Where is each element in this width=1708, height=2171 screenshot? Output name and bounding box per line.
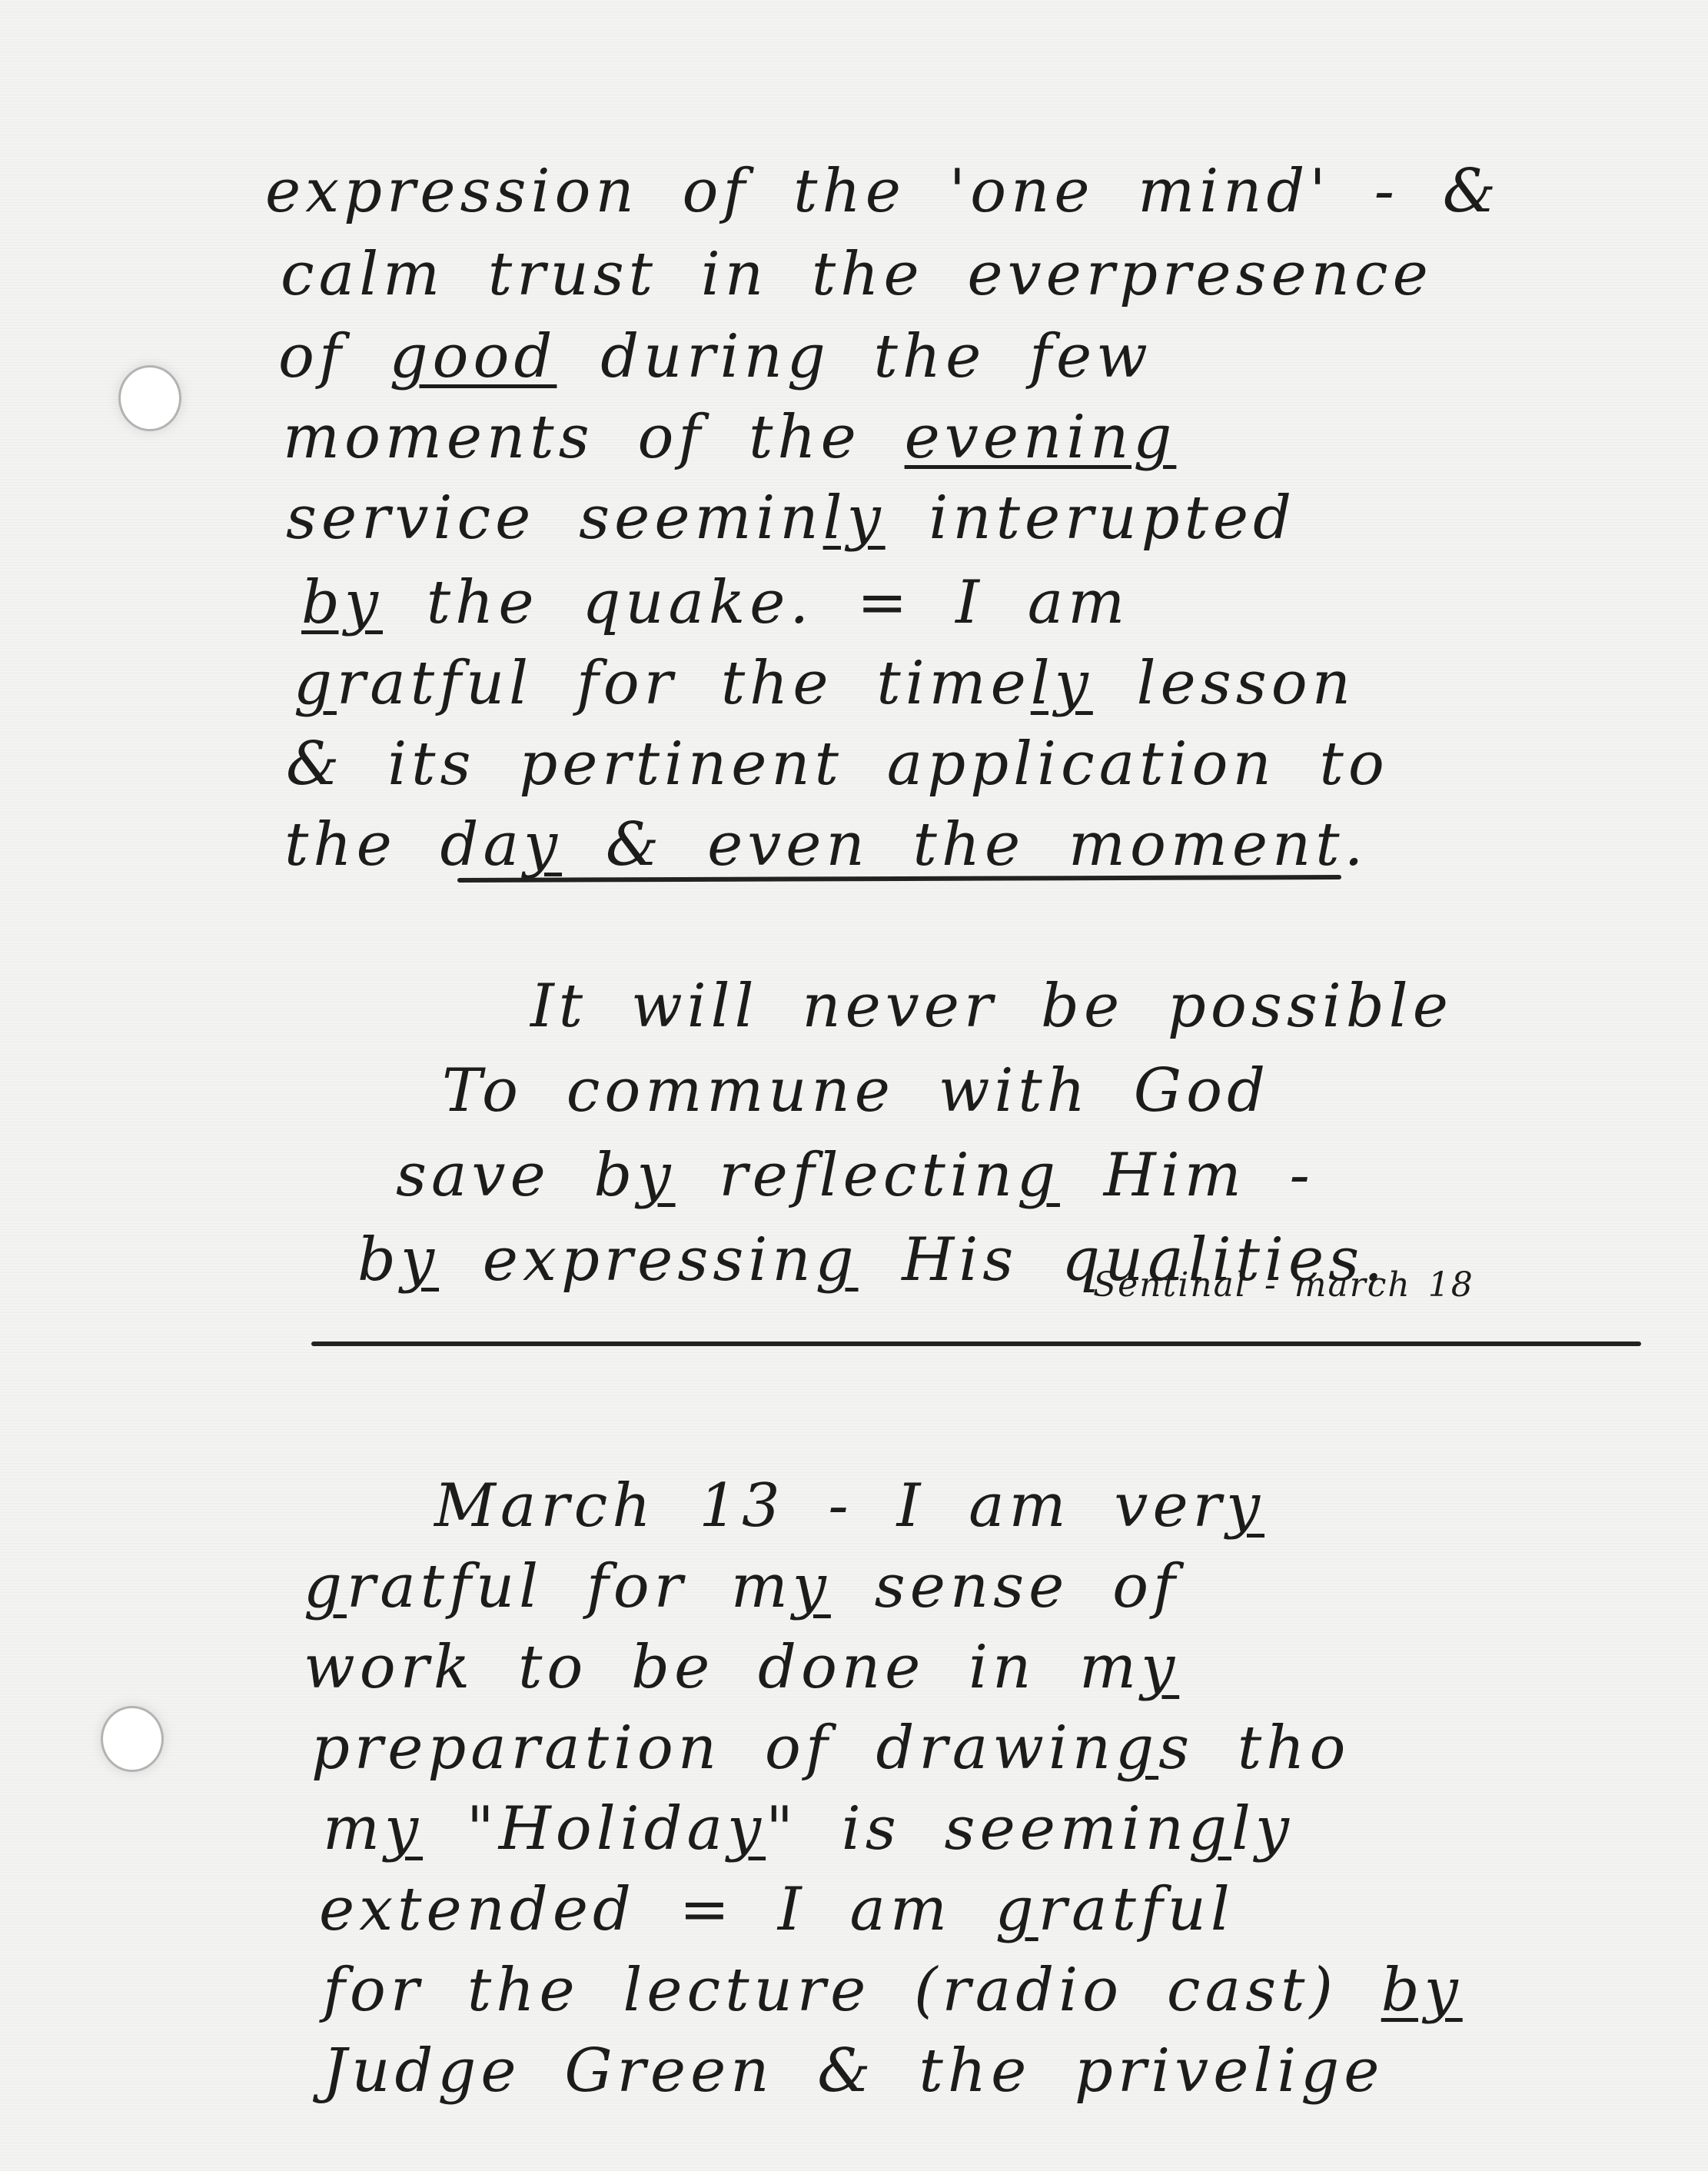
underlined-text: ly <box>823 484 886 553</box>
underlined-text: g <box>294 649 337 718</box>
underlined-text: ly <box>1031 649 1093 718</box>
handwritten-line: moments of the evening <box>283 407 1176 467</box>
underlined-text: g <box>304 1552 347 1621</box>
punch-hole <box>103 1708 161 1770</box>
handwritten-line: extended = I am gratful <box>319 1880 1234 1940</box>
underlined-text: y <box>384 1794 423 1863</box>
handwritten-line: my "Holiday" is seemingly <box>323 1799 1294 1859</box>
divider-line <box>311 1341 1641 1346</box>
underlined-text: y <box>1226 1471 1264 1541</box>
underlined-text: g <box>816 1225 859 1295</box>
handwritten-line: gratful for my sense of <box>304 1557 1180 1617</box>
underlined-text: g <box>1115 1714 1158 1783</box>
underlined-text: g <box>995 1875 1038 1944</box>
handwritten-line: gratful for the timely lesson <box>294 653 1355 713</box>
handwritten-line: & its pertinent application to <box>286 734 1389 794</box>
underlined-text: good <box>390 322 557 391</box>
underlined-text: y <box>523 810 562 879</box>
handwritten-line: March 13 - I am very <box>434 1476 1264 1536</box>
punch-hole <box>121 367 179 429</box>
handwritten-line: calm trust in the everpresence <box>281 244 1433 304</box>
underlined-text: y <box>636 1141 675 1210</box>
handwritten-line: Judge Green & the privelige <box>323 2041 1384 2101</box>
underlined-text: by <box>1381 1956 1463 2025</box>
underlined-text: evening <box>905 403 1177 472</box>
underlined-text: g <box>1188 1794 1231 1863</box>
underlined-text: y <box>727 1794 766 1863</box>
handwritten-line: the day & even the moment. <box>284 815 1367 875</box>
handwritten-line: To commune with God <box>442 1061 1270 1121</box>
handwritten-line: preparation of drawings tho <box>311 1718 1350 1778</box>
underlined-text: y <box>400 1225 439 1295</box>
underlined-text: y <box>793 1552 831 1621</box>
handwritten-line: It will never be possible <box>530 976 1453 1036</box>
underlined-text: g <box>1017 1141 1060 1210</box>
handwritten-line: expression of the 'one mind' - & <box>265 161 1500 221</box>
handwritten-line: save by reflecting Him - <box>396 1145 1314 1205</box>
underlined-text: by <box>301 568 383 637</box>
handwritten-line: service seeminly interupted <box>286 488 1296 548</box>
handwritten-line: for the lecture (radio cast) by <box>323 1960 1463 2020</box>
underlined-text: y <box>1141 1633 1179 1702</box>
handwritten-line: by the quake. = I am <box>301 573 1129 633</box>
quotation-attribution: Sentinal - march 18 <box>1093 1268 1474 1302</box>
handwritten-line: work to be done in my <box>304 1637 1179 1697</box>
handwritten-line: of good during the few <box>278 327 1152 387</box>
journal-page: expression of the 'one mind' - &calm tru… <box>0 0 1708 2171</box>
